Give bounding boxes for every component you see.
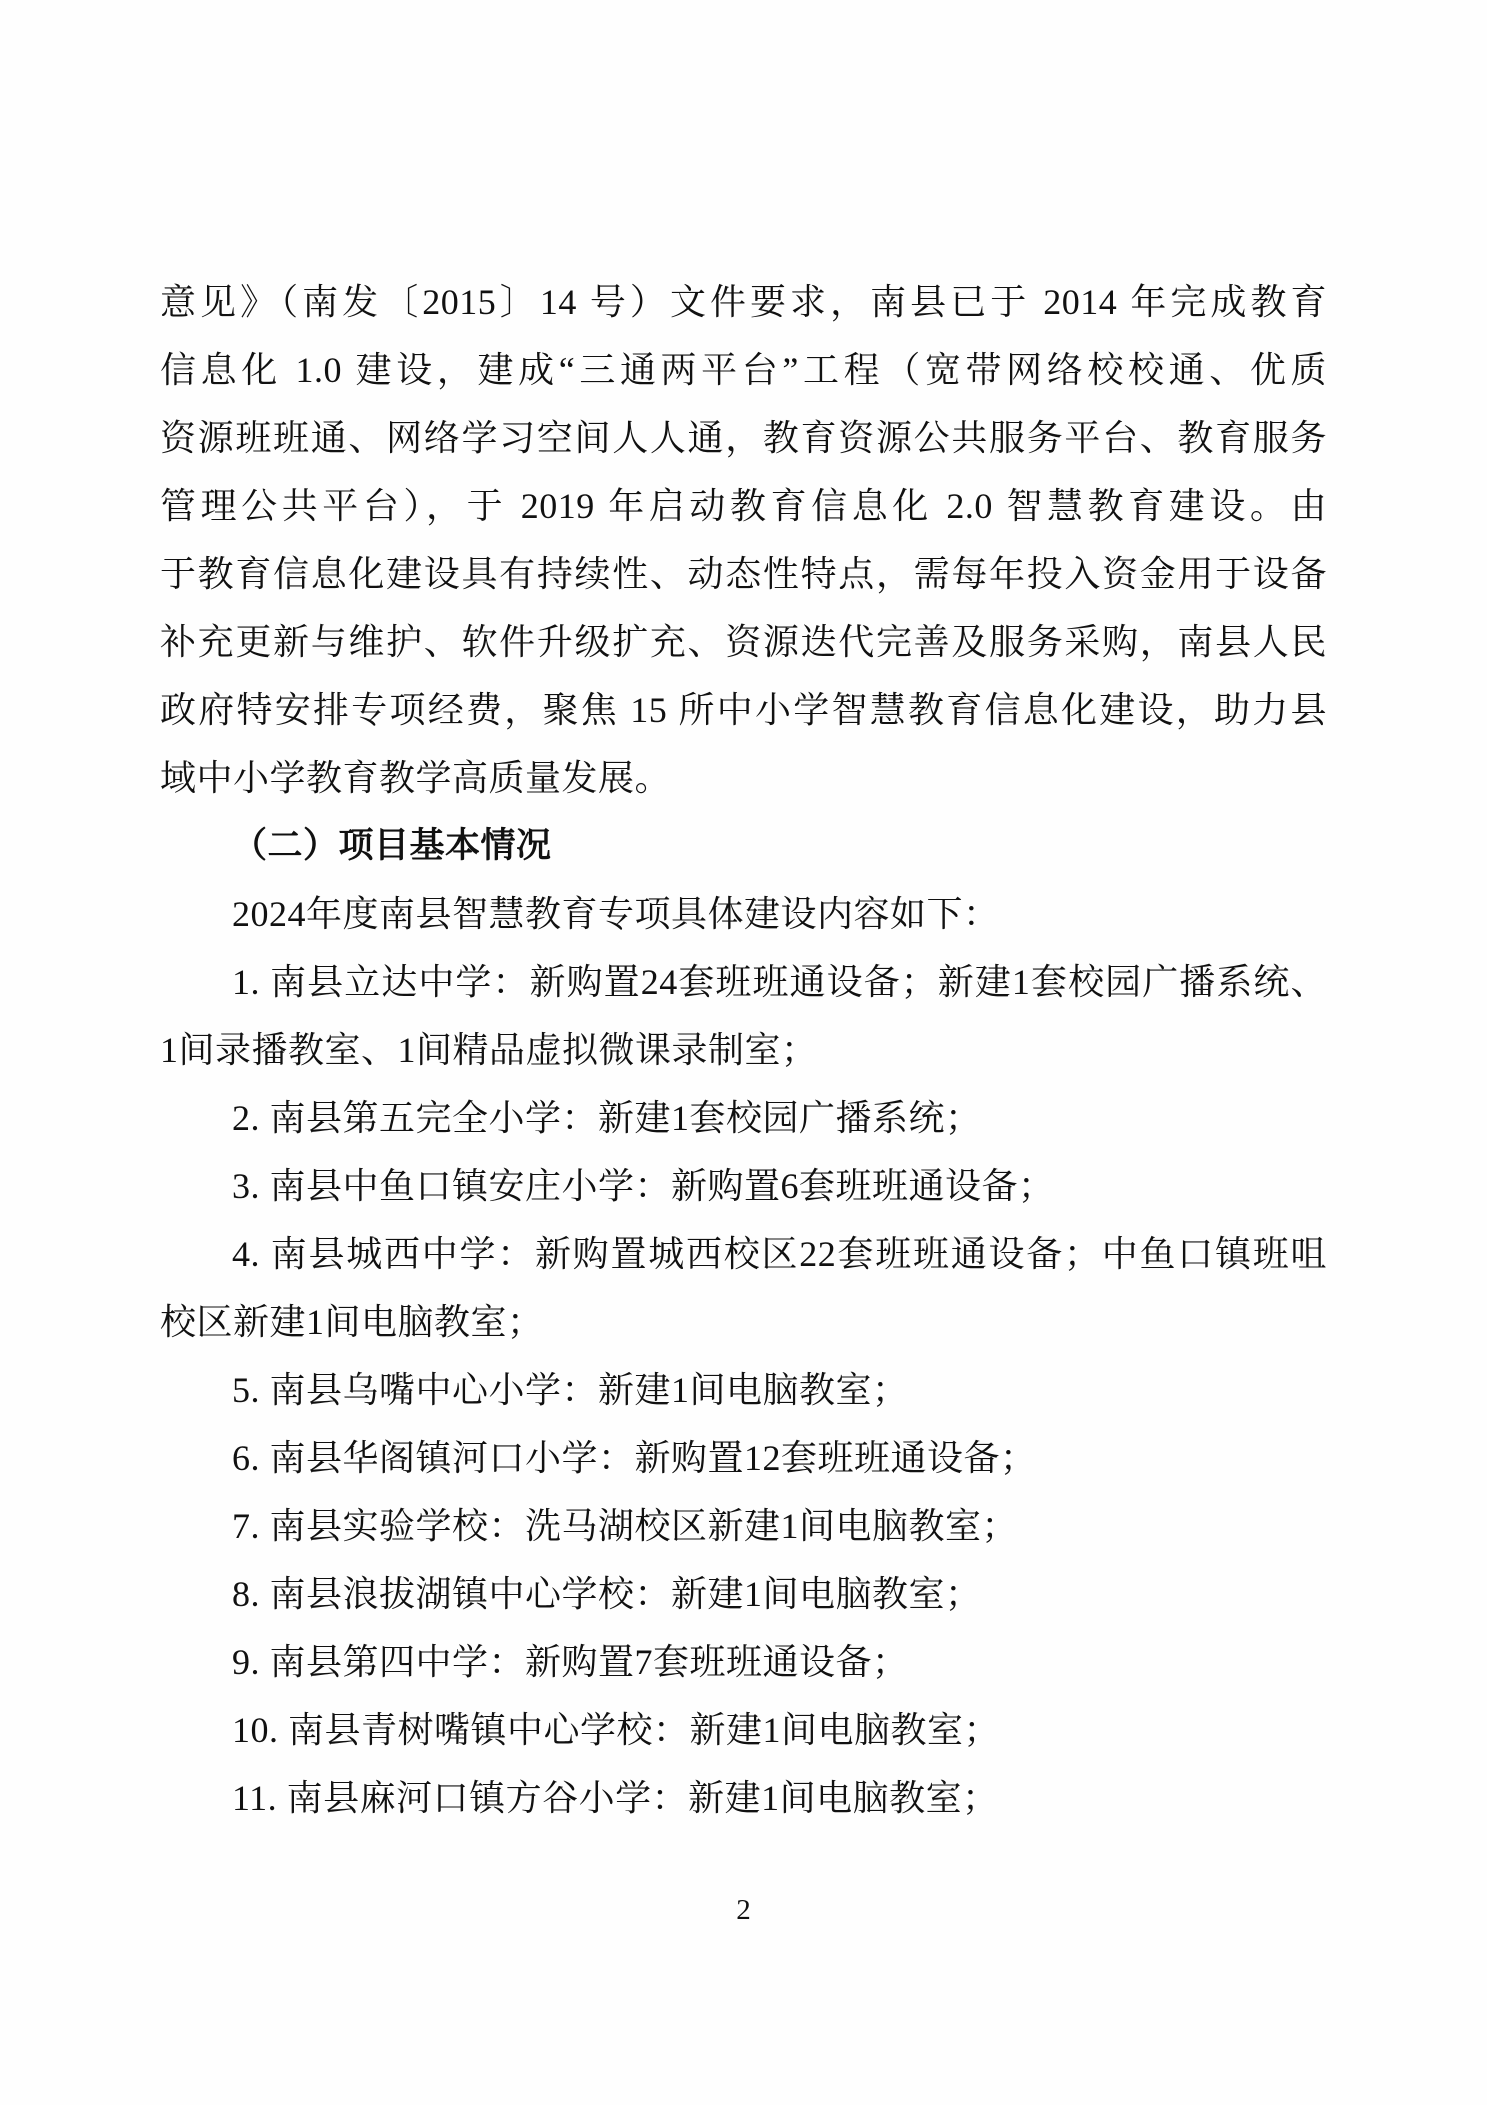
list-item-10: 10. 南县青树嘴镇中心学校：新建1间电脑教室； [160,1696,1327,1764]
section-heading: （二）项目基本情况 [160,812,1327,880]
paragraph-line: 政府特安排专项经费，聚焦 15 所中小学智慧教育信息化建设，助力县 [160,676,1327,744]
page-number: 2 [0,1893,1487,1927]
document-body: 意见》（南发〔2015〕14 号）文件要求，南县已于 2014 年完成教育 信息… [160,268,1327,1832]
list-item-2: 2. 南县第五完全小学：新建1套校园广播系统； [160,1084,1327,1152]
paragraph-line: 域中小学教育教学高质量发展。 [160,744,1327,812]
paragraph-line: 资源班班通、网络学习空间人人通，教育资源公共服务平台、教育服务 [160,404,1327,472]
document-page: 意见》（南发〔2015〕14 号）文件要求，南县已于 2014 年完成教育 信息… [0,0,1487,2105]
list-item-1: 1. 南县立达中学：新购置24套班班通设备；新建1套校园广播系统、 [160,948,1327,1016]
paragraph-line: 信息化 1.0 建设，建成“三通两平台”工程（宽带网络校校通、优质 [160,336,1327,404]
paragraph-line: 意见》（南发〔2015〕14 号）文件要求，南县已于 2014 年完成教育 [160,268,1327,336]
list-item-9: 9. 南县第四中学：新购置7套班班通设备； [160,1628,1327,1696]
list-item-11: 11. 南县麻河口镇方谷小学：新建1间电脑教室； [160,1764,1327,1832]
list-item-4: 4. 南县城西中学：新购置城西校区22套班班通设备；中鱼口镇班咀 [160,1220,1327,1288]
list-item-8: 8. 南县浪拔湖镇中心学校：新建1间电脑教室； [160,1560,1327,1628]
list-item-3: 3. 南县中鱼口镇安庄小学：新购置6套班班通设备； [160,1152,1327,1220]
list-item-7: 7. 南县实验学校：洗马湖校区新建1间电脑教室； [160,1492,1327,1560]
list-item-1-cont: 1间录播教室、1间精品虚拟微课录制室； [160,1016,1327,1084]
list-item-5: 5. 南县乌嘴中心小学：新建1间电脑教室； [160,1356,1327,1424]
paragraph-line: 补充更新与维护、软件升级扩充、资源迭代完善及服务采购，南县人民 [160,608,1327,676]
list-item-6: 6. 南县华阁镇河口小学：新购置12套班班通设备； [160,1424,1327,1492]
paragraph-line: 管理公共平台），于 2019 年启动教育信息化 2.0 智慧教育建设。由 [160,472,1327,540]
intro-line: 2024年度南县智慧教育专项具体建设内容如下： [160,880,1327,948]
paragraph-line: 于教育信息化建设具有持续性、动态性特点，需每年投入资金用于设备 [160,540,1327,608]
list-item-4-cont: 校区新建1间电脑教室； [160,1288,1327,1356]
